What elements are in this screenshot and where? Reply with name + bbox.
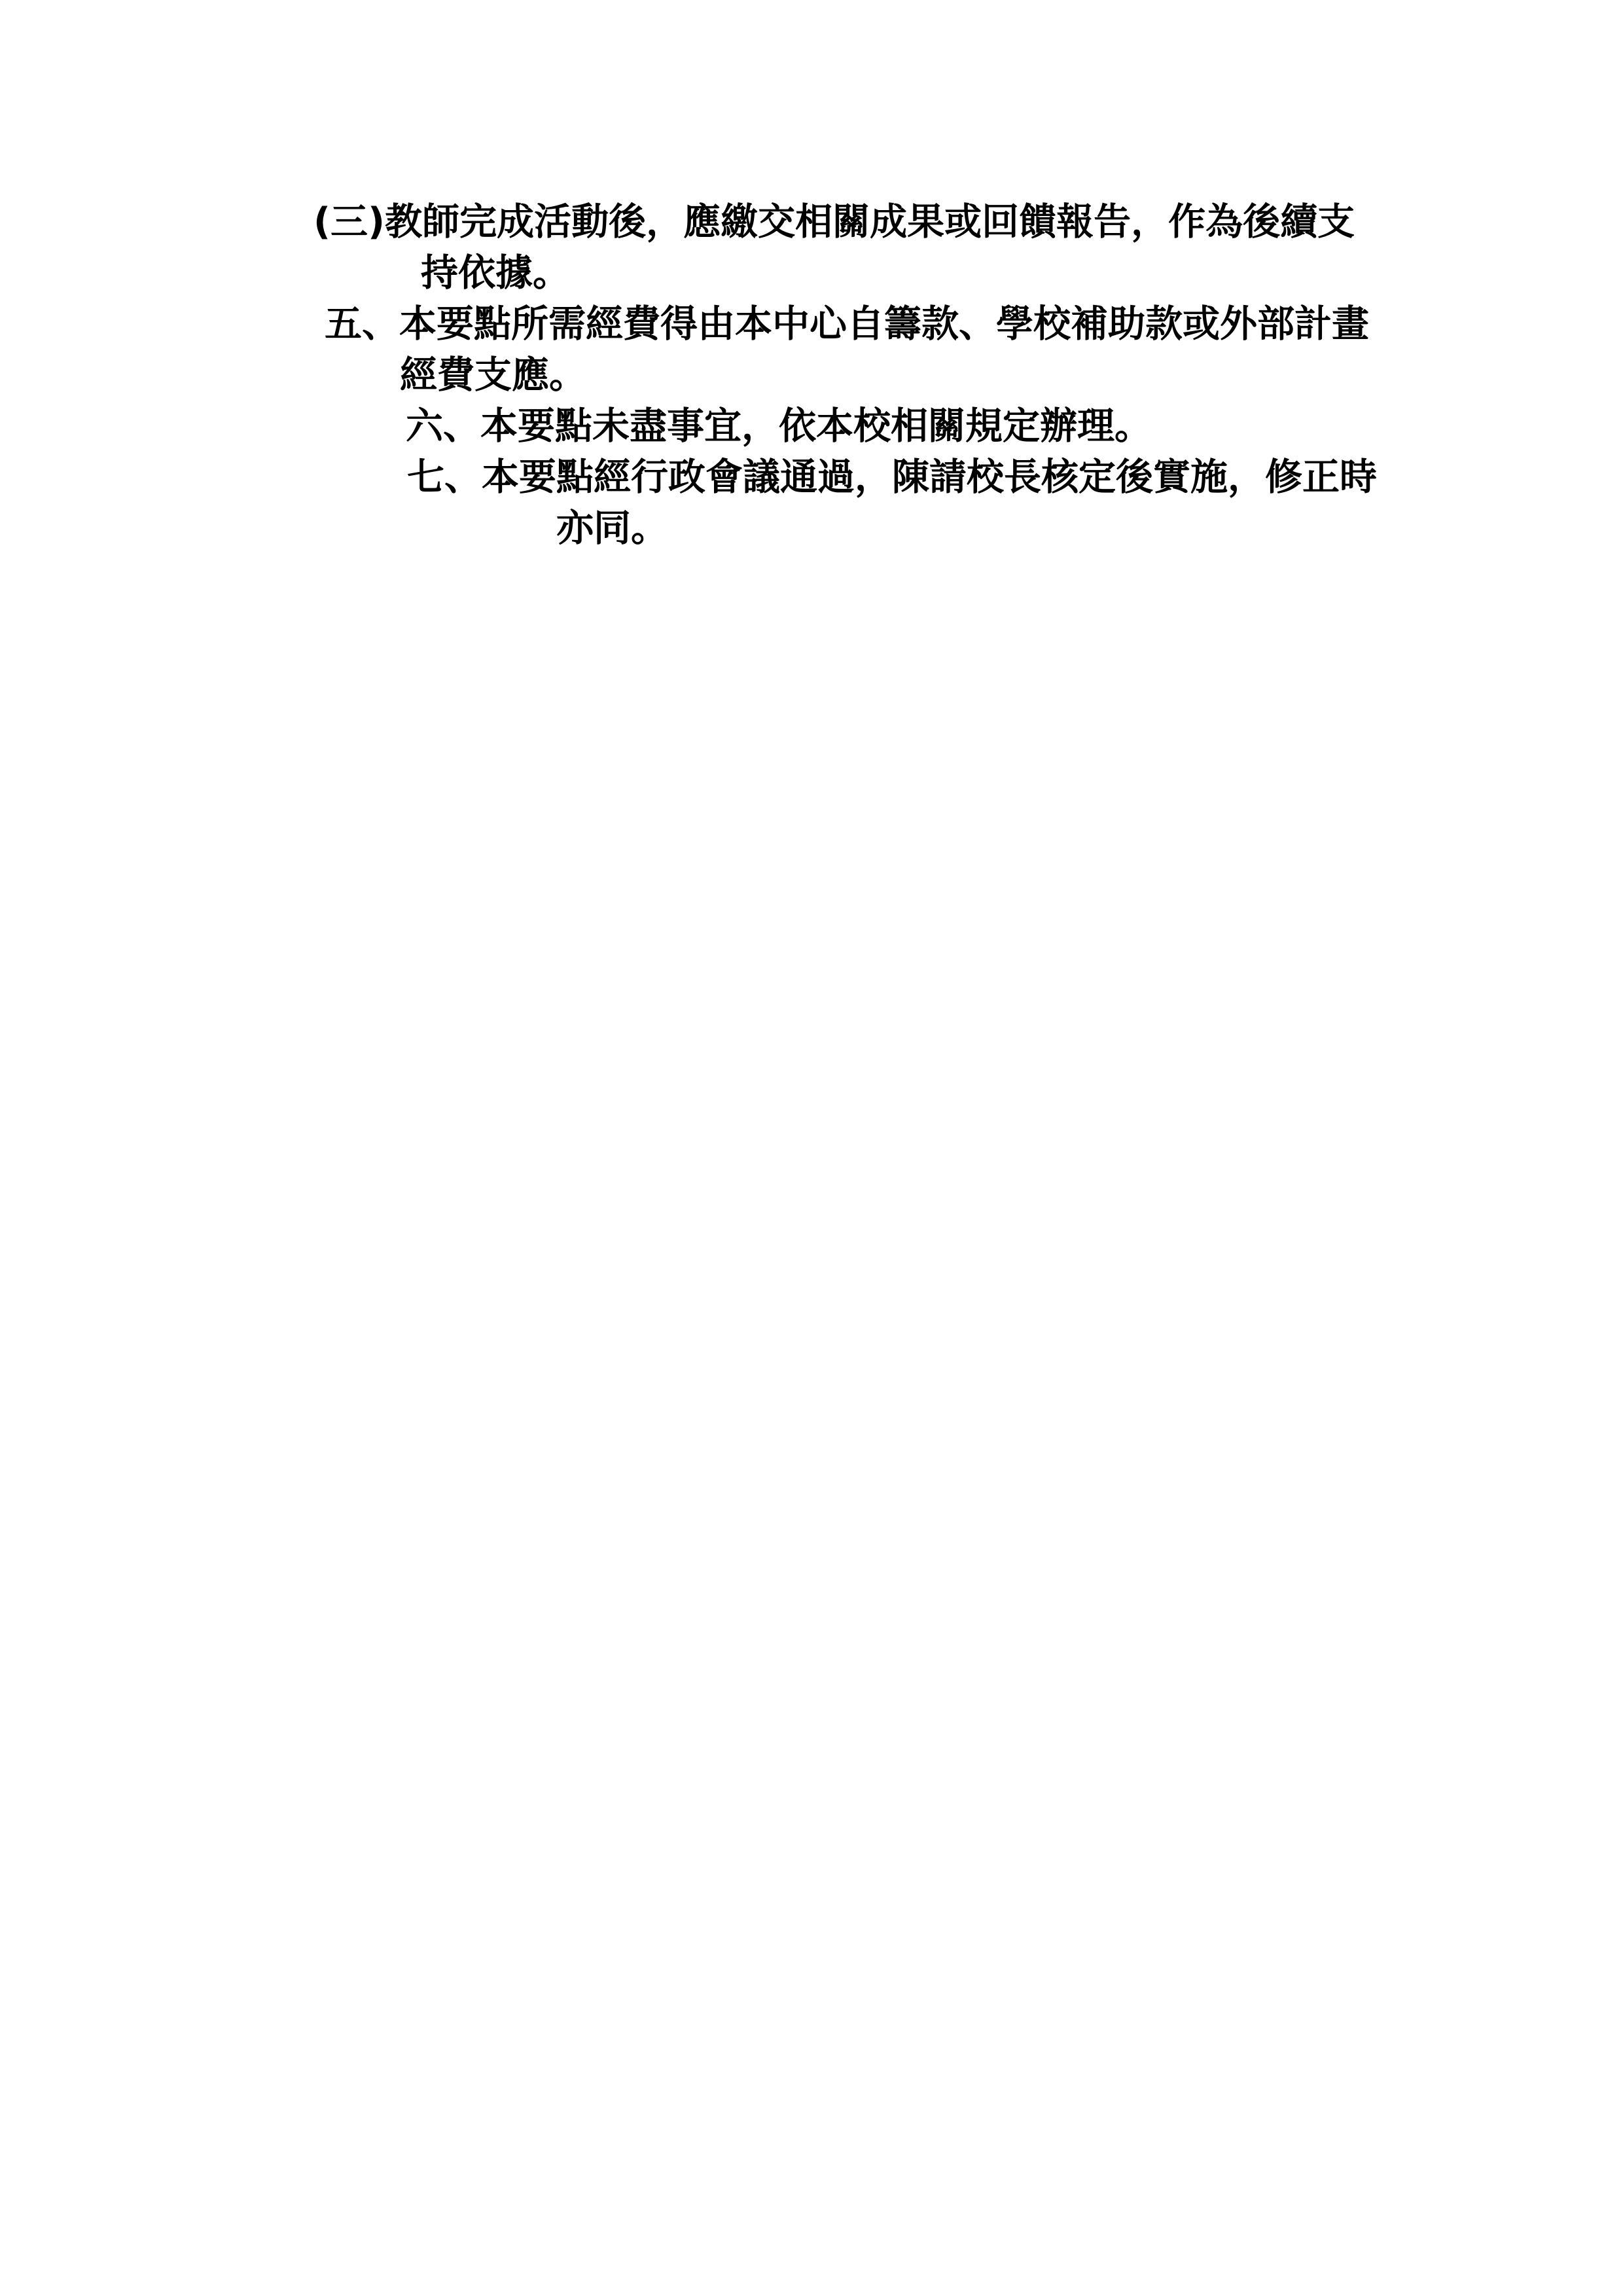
paragraph-article-5-line-2: 經費支應。 bbox=[400, 350, 586, 401]
paragraph-item-3-line-2: 持依據。 bbox=[421, 247, 570, 298]
paragraph-article-5-line-1: 五、本要點所需經費得由本中心自籌款、學校補助款或外部計畫 bbox=[325, 298, 1369, 350]
paragraph-item-3-line-1: (三)教師完成活動後，應繳交相關成果或回饋報告，作為後續支 bbox=[313, 196, 1355, 247]
document-page: (三)教師完成活動後，應繳交相關成果或回饋報告，作為後續支 持依據。 五、本要點… bbox=[0, 0, 1623, 2296]
paragraph-article-7-line-2: 亦同。 bbox=[556, 503, 668, 554]
paragraph-article-7-line-1: 七、本要點經行政會議通過，陳請校長核定後實施，修正時 bbox=[407, 452, 1377, 503]
paragraph-article-6: 六、本要點未盡事宜，依本校相關規定辦理。 bbox=[406, 401, 1152, 452]
